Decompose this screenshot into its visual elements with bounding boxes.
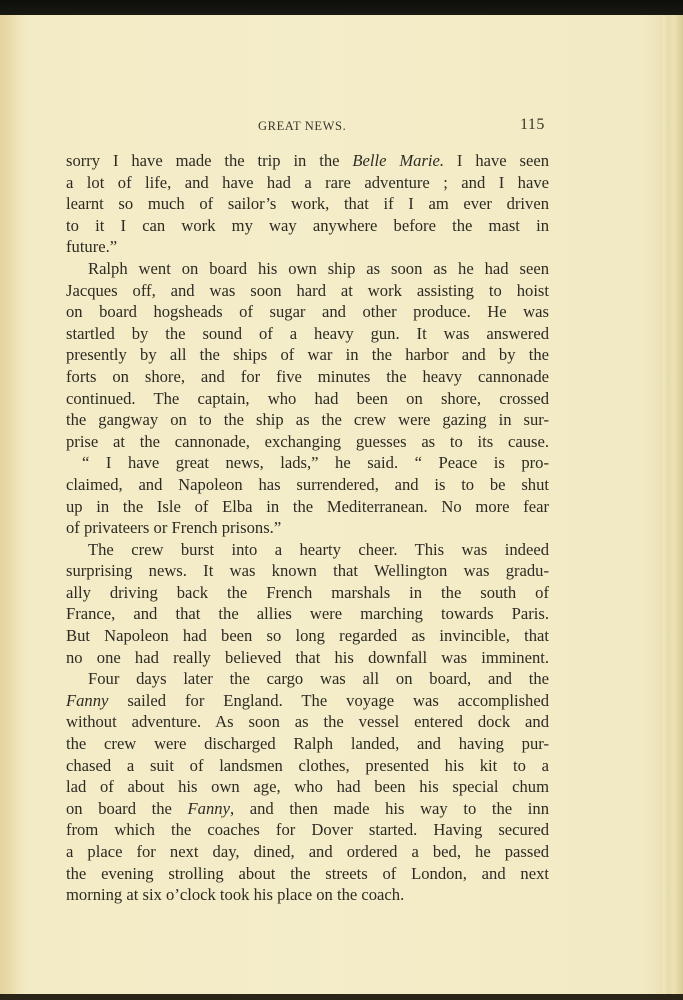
text-line: a lot of life, and have had a rare adven… xyxy=(66,172,549,194)
text-line: from which the coaches for Dover started… xyxy=(66,819,549,841)
text-line: claimed, and Napoleon has surrendered, a… xyxy=(66,474,549,496)
text-line: chased a suit of landsmen clothes, prese… xyxy=(66,755,549,777)
page-gutter-shadow xyxy=(0,15,18,995)
paragraph-start-line: Four days later the cargo was all on boa… xyxy=(66,668,549,690)
scan-bottom-border xyxy=(0,994,683,1000)
text-line: learnt so much of sailor’s work, that if… xyxy=(66,193,549,215)
text-line: sorry I have made the trip in the Belle … xyxy=(66,150,549,172)
text-line: surprising news. It was known that Welli… xyxy=(66,560,549,582)
body-text: sorry I have made the trip in the Belle … xyxy=(66,150,549,906)
text-line: France, and that the allies were marchin… xyxy=(66,603,549,625)
text-line: the gangway on to the ship as the crew w… xyxy=(66,409,549,431)
text-line: up in the Isle of Elba in the Mediterran… xyxy=(66,496,549,518)
text-line: lad of about his own age, who had been h… xyxy=(66,776,549,798)
text-line: prise at the cannonade, exchanging guess… xyxy=(66,431,549,453)
running-head: GREAT NEWS. 115 xyxy=(258,118,548,138)
page-edge-stack xyxy=(660,15,683,995)
text-line: Fanny sailed for England. The voyage was… xyxy=(66,690,549,712)
text-line: But Napoleon had been so long regarded a… xyxy=(66,625,549,647)
running-title: GREAT NEWS. xyxy=(258,119,346,134)
text-line: startled by the sound of a heavy gun. It… xyxy=(66,323,549,345)
text-line: on board hogsheads of sugar and other pr… xyxy=(66,301,549,323)
text-line: to it I can work my way anywhere before … xyxy=(66,215,549,237)
text-line: without adventure. As soon as the vessel… xyxy=(66,711,549,733)
text-line: the evening strolling about the streets … xyxy=(66,863,549,885)
page-number: 115 xyxy=(520,116,545,134)
text-line: continued. The captain, who had been on … xyxy=(66,388,549,410)
paragraph-start-line: The crew burst into a hearty cheer. This… xyxy=(66,539,549,561)
text-line: no one had really believed that his down… xyxy=(66,647,549,669)
text-line: of privateers or French prisons.” xyxy=(66,517,549,539)
text-line: the crew were discharged Ralph landed, a… xyxy=(66,733,549,755)
text-line: on board the Fanny, and then made his wa… xyxy=(66,798,549,820)
text-line: ally driving back the French marshals in… xyxy=(66,582,549,604)
paragraph-start-line: “ I have great news, lads,” he said. “ P… xyxy=(66,452,549,474)
text-line: a place for next day, dined, and ordered… xyxy=(66,841,549,863)
text-line: forts on shore, and for five minutes the… xyxy=(66,366,549,388)
text-line: presently by all the ships of war in the… xyxy=(66,344,549,366)
scan-top-border xyxy=(0,0,683,16)
text-line: morning at six o’clock took his place on… xyxy=(66,884,549,906)
text-line: Jacques off, and was soon hard at work a… xyxy=(66,280,549,302)
paragraph-start-line: Ralph went on board his own ship as soon… xyxy=(66,258,549,280)
text-line: future.” xyxy=(66,236,549,258)
